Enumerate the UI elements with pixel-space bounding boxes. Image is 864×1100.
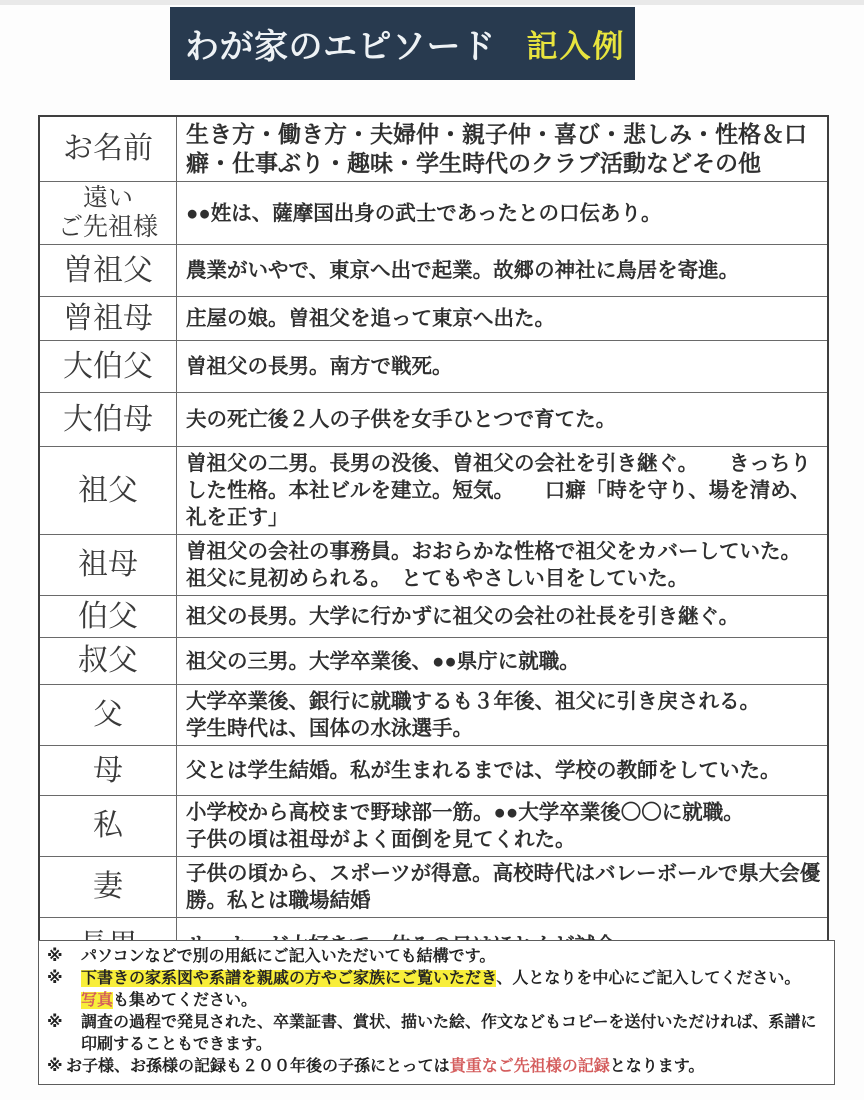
table-row: 祖母曽祖父の会社の事務員。おおらかな性格で祖父をカバーしていた。祖父に見初められ… (40, 534, 827, 595)
page-title: わが家のエピソード (185, 19, 496, 68)
footnote-highlighted-text: 下書きの家系図や系譜を親戚の方やご家族にご覧いただき (81, 970, 496, 987)
episode-content-cell: 曽祖父の二男。長男の没後、曽祖父の会社を引き継ぐ。 きっちりした性格。本社ビルを… (177, 447, 827, 534)
episode-text-line: 大学卒業後、銀行に就職するも３年後、祖父に引き戻される。 (186, 688, 823, 715)
episode-text-line: 夫の死亡後２人の子供を女手ひとつで育てた。 (186, 406, 823, 433)
relative-label: 大伯母 (63, 403, 153, 437)
title-bar: わが家のエピソード 記入例 (170, 7, 635, 80)
footnote-marker: ※ (47, 946, 81, 968)
relative-label-cell: 遠いご先祖様 (40, 182, 177, 244)
relative-label: 伯父 (78, 600, 138, 634)
relative-label-cell: 曾祖母 (40, 297, 177, 340)
episode-content-cell: 庄屋の娘。曽祖父を追って東京へ出た。 (177, 297, 827, 340)
episode-content-cell: 大学卒業後、銀行に就職するも３年後、祖父に引き戻される。学生時代は、国体の水泳選… (177, 685, 827, 745)
relative-label: 祖母 (78, 548, 138, 582)
episode-text-line: 礼を正す」 (186, 504, 823, 531)
episode-table: お名前生き方・働き方・夫婦仲・親子仲・喜び・悲しみ・性格＆口癖・仕事ぶり・趣味・… (38, 115, 829, 975)
table-row: 私小学校から高校まで野球部一筋。●●大学卒業後〇〇に就職。子供の頃は祖母がよく面… (40, 795, 827, 856)
table-row: 曽祖父農業がいやで、東京へ出で起業。故郷の神社に鳥居を寄進。 (40, 244, 827, 296)
episode-text-line: 学生時代は、国体の水泳選手。 (186, 715, 823, 742)
footnote-text: も集めてください。 (113, 992, 257, 1009)
table-row: 父大学卒業後、銀行に就職するも３年後、祖父に引き戻される。学生時代は、国体の水泳… (40, 684, 827, 745)
episode-content-cell: 小学校から高校まで野球部一筋。●●大学卒業後〇〇に就職。子供の頃は祖母がよく面倒… (177, 796, 827, 856)
relative-label: 父 (93, 698, 123, 732)
footnote-text: 調査の過程で発見された、卒業証書、賞状、描いた絵、作文などもコピーを送付いただけ… (81, 1014, 816, 1031)
relative-label: 祖父 (78, 474, 138, 508)
relative-label: 私 (93, 809, 123, 843)
episode-text-line: 子供の頃は祖母がよく面倒を見てくれた。 (186, 826, 823, 853)
relative-label-cell: 父 (40, 685, 177, 745)
relative-label-cell: 祖母 (40, 535, 177, 595)
table-row: 大伯父曽祖父の長男。南方で戦死。 (40, 340, 827, 392)
footnote: ※下書きの家系図や系譜を親戚の方やご家族にご覧いただき、人となりを中心にご記入し… (47, 968, 828, 1012)
episode-content-cell: 父とは学生結婚。私が生まれるまでは、学校の教師をしていた。 (177, 746, 827, 795)
table-row: 曾祖母庄屋の娘。曽祖父を追って東京へ出た。 (40, 296, 827, 340)
relative-label-cell: お名前 (40, 117, 177, 181)
episode-text-line: ●●姓は、薩摩国出身の武士であったとの口伝あり。 (186, 200, 823, 227)
episode-text-line: 農業がいやで、東京へ出で起業。故郷の神社に鳥居を寄進。 (186, 257, 823, 284)
relative-label: 叔父 (78, 644, 138, 678)
footnote-emphasis-text: 写真 (81, 992, 113, 1009)
relative-label: ご先祖様 (58, 213, 158, 242)
relative-label-cell: 伯父 (40, 596, 177, 637)
relative-label: 大伯父 (63, 350, 153, 384)
episode-content-cell: 曽祖父の長男。南方で戦死。 (177, 341, 827, 392)
table-row: 叔父祖父の三男。大学卒業後、●●県庁に就職。 (40, 637, 827, 684)
episode-content-cell: ●●姓は、薩摩国出身の武士であったとの口伝あり。 (177, 182, 827, 244)
table-row: 妻子供の頃から、スポーツが得意。高校時代はバレーボールで県大会優勝。私とは職場結… (40, 856, 827, 917)
footnote-marker: ※ (47, 1056, 66, 1078)
footnote: ※お子様、お孫様の記録も２００年後の子孫にとっては貴重なご先祖様の記録となります… (47, 1056, 828, 1078)
table-row: お名前生き方・働き方・夫婦仲・親子仲・喜び・悲しみ・性格＆口癖・仕事ぶり・趣味・… (40, 117, 827, 181)
episode-text-line: 曽祖父の二男。長男の没後、曽祖父の会社を引き継ぐ。 きっちり (186, 450, 823, 477)
episode-text-line: 庄屋の娘。曽祖父を追って東京へ出た。 (186, 305, 823, 332)
episode-content-cell: 夫の死亡後２人の子供を女手ひとつで育てた。 (177, 393, 827, 446)
episode-text-line: 曽祖父の会社の事務員。おおらかな性格で祖父をカバーしていた。 (186, 538, 823, 565)
table-row: 祖父曽祖父の二男。長男の没後、曽祖父の会社を引き継ぐ。 きっちりした性格。本社ビ… (40, 446, 827, 534)
relative-label-cell: 母 (40, 746, 177, 795)
episode-content-cell: 農業がいやで、東京へ出で起業。故郷の神社に鳥居を寄進。 (177, 245, 827, 296)
relative-label: 母 (93, 754, 123, 788)
episode-text-line: 祖父の長男。大学に行かずに祖父の会社の社長を引き継ぐ。 (186, 603, 823, 630)
table-row: 大伯母夫の死亡後２人の子供を女手ひとつで育てた。 (40, 392, 827, 446)
relative-label-cell: 大伯父 (40, 341, 177, 392)
episode-content-cell: 祖父の長男。大学に行かずに祖父の会社の社長を引き継ぐ。 (177, 596, 827, 637)
episode-text-line: 癖・仕事ぶり・趣味・学生時代のクラブ活動などその他 (186, 149, 823, 178)
relative-label: お名前 (63, 132, 153, 166)
relative-label: 曾祖母 (63, 302, 153, 336)
table-row: 母父とは学生結婚。私が生まれるまでは、学校の教師をしていた。 (40, 745, 827, 795)
episode-content-cell: 子供の頃から、スポーツが得意。高校時代はバレーボールで県大会優勝。私とは職場結婚 (177, 857, 827, 917)
relative-label: 妻 (93, 870, 123, 904)
episode-text-line: 小学校から高校まで野球部一筋。●●大学卒業後〇〇に就職。 (186, 799, 823, 826)
episode-content-cell: 曽祖父の会社の事務員。おおらかな性格で祖父をカバーしていた。祖父に見初められる。… (177, 535, 827, 595)
episode-text-line: 勝。私とは職場結婚 (186, 887, 823, 914)
episode-text-line: した性格。本社ビルを建立。短気。 口癖「時を守り、場を清め、 (186, 477, 823, 504)
footnotes-box: ※パソコンなどで別の用紙にご記入いただいても結構です。※下書きの家系図や系譜を親… (38, 940, 835, 1085)
footnote-text: お子様、お孫様の記録も２００年後の子孫にとっては (66, 1058, 450, 1075)
relative-label: 曽祖父 (63, 254, 153, 288)
relative-label-cell: 叔父 (40, 638, 177, 684)
relative-label-cell: 祖父 (40, 447, 177, 534)
episode-text-line: 曽祖父の長男。南方で戦死。 (186, 353, 823, 380)
episode-content-cell: 祖父の三男。大学卒業後、●●県庁に就職。 (177, 638, 827, 684)
episode-text-line: 祖父に見初められる。 とてもやさしい目をしていた。 (186, 565, 823, 592)
episode-text-line: 生き方・働き方・夫婦仲・親子仲・喜び・悲しみ・性格＆口 (186, 120, 823, 149)
episode-text-line: 子供の頃から、スポーツが得意。高校時代はバレーボールで県大会優 (186, 860, 823, 887)
footnote-emphasis-text: 貴重なご先祖様の記録 (450, 1058, 610, 1075)
table-row: 伯父祖父の長男。大学に行かずに祖父の会社の社長を引き継ぐ。 (40, 595, 827, 637)
relative-label: 遠い (83, 184, 133, 213)
relative-label-cell: 妻 (40, 857, 177, 917)
episode-content-cell: 生き方・働き方・夫婦仲・親子仲・喜び・悲しみ・性格＆口癖・仕事ぶり・趣味・学生時… (177, 117, 827, 181)
footnote-marker: ※ (47, 1012, 81, 1034)
episode-text-line: 父とは学生結婚。私が生まれるまでは、学校の教師をしていた。 (186, 757, 823, 784)
footnote-text: パソコンなどで別の用紙にご記入いただいても結構です。 (81, 948, 495, 965)
relative-label-cell: 曽祖父 (40, 245, 177, 296)
footnote-marker: ※ (47, 968, 81, 990)
footnote: ※調査の過程で発見された、卒業証書、賞状、描いた絵、作文などもコピーを送付いただ… (47, 1012, 828, 1056)
relative-label-cell: 私 (40, 796, 177, 856)
footnote-text: 印刷することもできます。 (81, 1036, 272, 1053)
relative-label-cell: 大伯母 (40, 393, 177, 446)
scan-edge (0, 0, 864, 5)
footnote: ※パソコンなどで別の用紙にご記入いただいても結構です。 (47, 946, 828, 968)
episode-text-line: 祖父の三男。大学卒業後、●●県庁に就職。 (186, 648, 823, 675)
title-badge: 記入例 (527, 21, 626, 66)
table-row: 遠いご先祖様●●姓は、薩摩国出身の武士であったとの口伝あり。 (40, 181, 827, 244)
footnote-text: となります。 (610, 1058, 705, 1075)
footnote-text: 、人となりを中心にご記入してください。 (496, 970, 800, 987)
